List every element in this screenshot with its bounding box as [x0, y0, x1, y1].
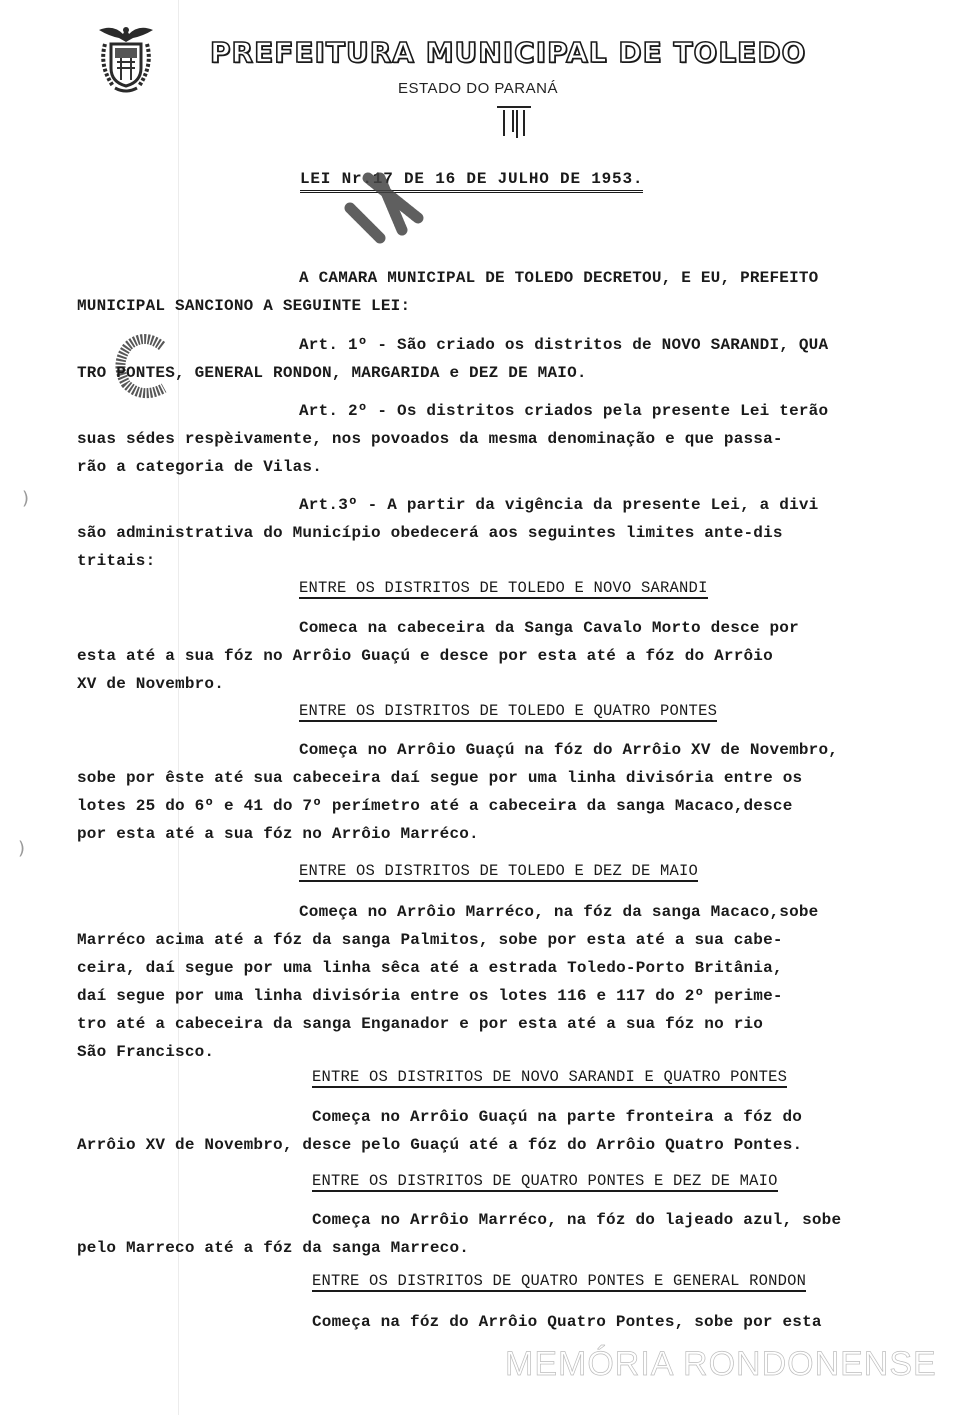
text-line: São Francisco. — [77, 1042, 214, 1062]
scan-fold-line — [178, 0, 179, 1415]
text-line: Comeca na cabeceira da Sanga Cavalo Mort… — [299, 618, 799, 638]
text-line: tritais: — [77, 551, 155, 571]
text-line: ceira, daí segue por uma linha sêca até … — [77, 958, 783, 978]
text-line: Começa no Arrôio Marréco, na fóz do laje… — [312, 1210, 841, 1230]
text-line: XV de Novembro. — [77, 674, 224, 694]
watermark: MEMÓRIA RONDONENSE — [505, 1345, 937, 1384]
text-line: esta até a sua fóz no Arrôio Guaçú e des… — [77, 646, 773, 666]
text-line: Começa na fóz do Arrôio Quatro Pontes, s… — [312, 1312, 822, 1332]
text-line: Começa no Arrôio Guaçú na fóz do Arrôio … — [299, 740, 838, 760]
letterhead-title: PREFEITURA MUNICIPAL DE TOLEDO — [210, 36, 850, 69]
letterhead-subtitle: ESTADO DO PARANÁ — [398, 80, 558, 97]
text-line: daí segue por uma linha divisória entre … — [77, 986, 783, 1006]
text-line: Art. 2º - Os distritos criados pela pres… — [299, 401, 828, 421]
text-line: Marréco acima até a fóz da sanga Palmito… — [77, 930, 783, 950]
text-line: lotes 25 do 6º e 41 do 7º perímetro até … — [77, 796, 793, 816]
text-line: Começa no Arrôio Guaçú na parte fronteir… — [312, 1107, 802, 1127]
document-page: PREFEITURA MUNICIPAL DE TOLEDO ESTADO DO… — [0, 0, 980, 1415]
text-line: Arrôio XV de Novembro, desce pelo Guaçú … — [77, 1135, 802, 1155]
text-line: sobe por êste até sua cabeceira daí segu… — [77, 768, 802, 788]
text-line: suas sédes respèivamente, nos povoados d… — [77, 429, 783, 449]
column-ornament-icon — [495, 104, 533, 138]
text-line: Art.3º - A partir da vigência da present… — [299, 495, 818, 515]
section-heading: ENTRE OS DISTRITOS DE QUATRO PONTES E GE… — [312, 1272, 806, 1292]
text-line: Começa no Arrôio Marréco, na fóz da sang… — [299, 902, 818, 922]
section-heading: ENTRE OS DISTRITOS DE TOLEDO E DEZ DE MA… — [299, 862, 698, 882]
text-line: por esta até a sua fóz no Arrôio Marréco… — [77, 824, 479, 844]
margin-hole-mark: ) — [22, 488, 29, 509]
text-line: MUNICIPAL SANCIONO A SEGUINTE LEI: — [77, 296, 410, 316]
text-line: são administrativa do Município obedecer… — [77, 523, 783, 543]
stamp-letter-a-icon — [340, 168, 435, 248]
section-heading: ENTRE OS DISTRITOS DE TOLEDO E QUATRO PO… — [299, 702, 717, 722]
text-line: pelo Marreco até a fóz da sanga Marreco. — [77, 1238, 469, 1258]
section-heading: ENTRE OS DISTRITOS DE QUATRO PONTES E DE… — [312, 1172, 778, 1192]
text-line: Art. 1º - São criado os distritos de NOV… — [299, 335, 828, 355]
section-heading: ENTRE OS DISTRITOS DE TOLEDO E NOVO SARA… — [299, 579, 708, 599]
text-line: TRO PONTES, GENERAL RONDON, MARGARIDA e … — [77, 363, 587, 383]
margin-hole-mark: ) — [18, 838, 25, 859]
text-line: tro até a cabeceira da sanga Enganador e… — [77, 1014, 763, 1034]
text-line: rão a categoria de Vilas. — [77, 457, 322, 477]
text-line: A CAMARA MUNICIPAL DE TOLEDO DECRETOU, E… — [299, 268, 818, 288]
parana-coat-of-arms-icon — [95, 22, 157, 94]
section-heading: ENTRE OS DISTRITOS DE NOVO SARANDI E QUA… — [312, 1068, 787, 1088]
